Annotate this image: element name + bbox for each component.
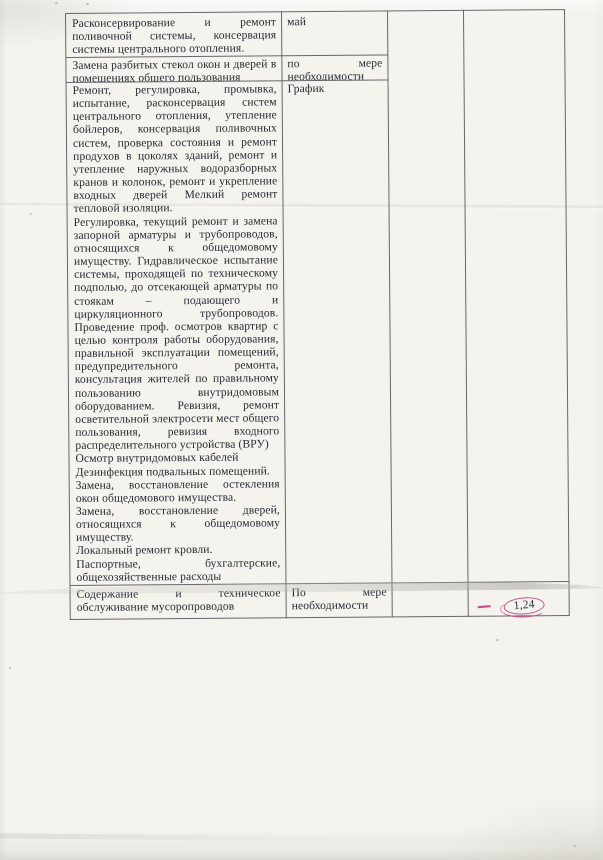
scan-speck bbox=[9, 667, 11, 669]
work-text: Замена разбитых стекол окон и дверей в п… bbox=[72, 57, 276, 82]
scan-speck bbox=[574, 845, 576, 847]
cell-tariff-row4: 1,24 bbox=[468, 582, 577, 623]
cell-work-row2: Замена разбитых стекол окон и дверей в п… bbox=[66, 56, 281, 82]
period-text: по мере необходимости bbox=[287, 57, 382, 81]
cell-period-row4: По мере необходимости bbox=[287, 584, 392, 617]
cell-empty-col3 bbox=[388, 11, 467, 582]
work-paragraph: Замена, восстановление остекления окон о… bbox=[76, 477, 280, 505]
work-text: Расконсервирование и ремонт поливочной с… bbox=[72, 15, 276, 56]
work-paragraph: Регулировка, текущий ремонт и замена зап… bbox=[74, 214, 280, 452]
work-paragraph: Паспортные, бухгалтерские, общехозяйстве… bbox=[76, 556, 280, 584]
scanned-document-page: { "table": { "rows": [ { "work": "Раскон… bbox=[0, 0, 603, 860]
scan-speck bbox=[30, 213, 32, 215]
tariff-value: 1,24 bbox=[513, 597, 535, 613]
cell-period-row3: График bbox=[283, 80, 392, 582]
maintenance-table: Расконсервирование и ремонт поливочной с… bbox=[65, 9, 570, 620]
cell-empty-row4-col3 bbox=[392, 584, 467, 616]
work-text: Содержание и техническое обслуживание му… bbox=[77, 586, 281, 614]
work-paragraph: Ремонт, регулировка, промывка, испытание… bbox=[73, 82, 278, 215]
period-text: График bbox=[288, 82, 383, 96]
cell-period-row1: май bbox=[282, 11, 387, 57]
cell-work-row1: Расконсервирование и ремонт поливочной с… bbox=[66, 12, 281, 59]
work-paragraph: Дезинфекция подвальных помещений. bbox=[76, 464, 280, 479]
pen-circled-value: 1,24 bbox=[503, 596, 545, 616]
cell-period-row2: по мере необходимости bbox=[282, 55, 387, 80]
scan-speck bbox=[86, 3, 89, 5]
period-text: май bbox=[287, 15, 382, 29]
cell-work-row4: Содержание и техническое обслуживание му… bbox=[71, 585, 286, 619]
cell-empty-col4 bbox=[464, 10, 568, 581]
work-paragraph: Замена, восстановление дверей, относящих… bbox=[76, 503, 280, 544]
period-text: По мере необходимости bbox=[292, 585, 387, 612]
scan-speck bbox=[55, 2, 58, 4]
fold-line-bottom bbox=[0, 833, 603, 843]
scan-speck bbox=[496, 639, 499, 641]
pen-dash-mark bbox=[478, 605, 491, 608]
cell-work-row3: Ремонт, регулировка, промывка, испытание… bbox=[67, 81, 286, 584]
